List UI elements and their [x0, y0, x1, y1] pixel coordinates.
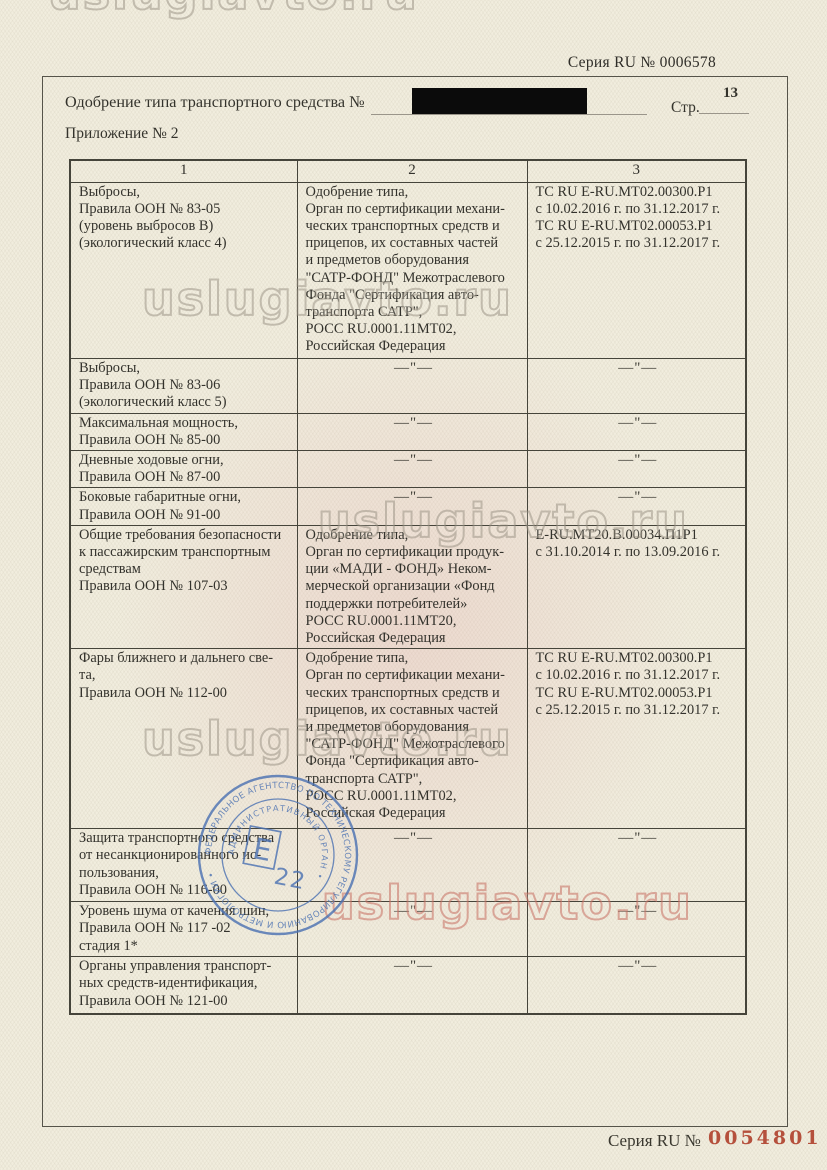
- table-row: Фары ближнего и дальнего све- та, Правил…: [70, 649, 746, 829]
- cell-certificate: ТС RU E-RU.MT02.00300.P1 с 10.02.2016 г.…: [527, 649, 746, 829]
- cell-ditto: —"—: [297, 413, 527, 450]
- series-number-top: Серия RU № 0006578: [0, 54, 716, 72]
- cell-certificate: ТС RU E-RU.MT02.00300.P1 с 10.02.2016 г.…: [527, 182, 746, 358]
- cell-ditto: —"—: [527, 829, 746, 902]
- cell-ditto: —"—: [297, 450, 527, 487]
- page-number-underline: [699, 113, 749, 114]
- cell-regulation: Выбросы, Правила ООН № 83-05 (уровень вы…: [70, 182, 297, 358]
- table-row: Боковые габаритные огни, Правила ООН № 9…: [70, 488, 746, 525]
- series-bottom-label: Серия RU №: [608, 1131, 701, 1151]
- cell-ditto: —"—: [297, 488, 527, 525]
- table-row: Максимальная мощность, Правила ООН № 85-…: [70, 413, 746, 450]
- cell-approval-body: Одобрение типа, Орган по сертификации ме…: [297, 182, 527, 358]
- cell-regulation: Боковые габаритные огни, Правила ООН № 9…: [70, 488, 297, 525]
- table-row: Выбросы, Правила ООН № 83-06 (экологичес…: [70, 358, 746, 413]
- stamp-inner-circle: [222, 799, 334, 911]
- cell-ditto: —"—: [527, 358, 746, 413]
- cell-certificate: E-RU.MT20.B.00034.П1Р1 с 31.10.2014 г. п…: [527, 525, 746, 648]
- cell-regulation: Дневные ходовые огни, Правила ООН № 87-0…: [70, 450, 297, 487]
- cell-regulation: Максимальная мощность, Правила ООН № 85-…: [70, 413, 297, 450]
- document-border-frame: Одобрение типа транспортного средства № …: [42, 76, 788, 1127]
- document-page: Серия RU № 0006578 uslugiavto.ru Одобрен…: [0, 0, 827, 1170]
- cell-ditto: —"—: [527, 902, 746, 957]
- table-row: Органы управления транспорт- ных средств…: [70, 957, 746, 1014]
- col-header-3: 3: [527, 160, 746, 182]
- redacted-approval-number: [412, 88, 587, 114]
- stamp-center-mark: Е 22: [239, 826, 314, 895]
- cell-regulation: Выбросы, Правила ООН № 83-06 (экологичес…: [70, 358, 297, 413]
- page-number: 13: [723, 85, 738, 102]
- col-header-2: 2: [297, 160, 527, 182]
- cell-ditto: —"—: [527, 413, 746, 450]
- cell-regulation: Органы управления транспорт- ных средств…: [70, 957, 297, 1014]
- table-row: Общие требования безопасности к пассажир…: [70, 525, 746, 648]
- table-header-row: 1 2 3: [70, 160, 746, 182]
- col-header-1: 1: [70, 160, 297, 182]
- table-row: Защита транспортного средства от несанкц…: [70, 829, 746, 902]
- appendix-label: Приложение № 2: [65, 125, 178, 143]
- table-row: Уровень шума от качения шин, Правила ООН…: [70, 902, 746, 957]
- approval-table: 1 2 3 Выбросы, Правила ООН № 83-05 (уров…: [69, 159, 747, 1015]
- table-row: Дневные ходовые огни, Правила ООН № 87-0…: [70, 450, 746, 487]
- stamp-outer-circle: [199, 776, 357, 934]
- document-title: Одобрение типа транспортного средства №: [65, 93, 365, 112]
- series-bottom-number: 0054801: [708, 1127, 822, 1149]
- cell-regulation: Общие требования безопасности к пассажир…: [70, 525, 297, 648]
- round-stamp-e22: ФЕДЕРАЛЬНОЕ АГЕНТСТВО ПО ТЕХНИЧЕСКОМУ РЕ…: [196, 773, 360, 937]
- watermark: uslugiavto.ru: [48, 0, 419, 20]
- cell-approval-body: Одобрение типа, Орган по сертификации пр…: [297, 525, 527, 648]
- cell-ditto: —"—: [527, 488, 746, 525]
- table-row: Выбросы, Правила ООН № 83-05 (уровень вы…: [70, 182, 746, 358]
- cell-ditto: —"—: [297, 957, 527, 1014]
- cell-ditto: —"—: [297, 358, 527, 413]
- cell-ditto: —"—: [527, 957, 746, 1014]
- cell-ditto: —"—: [527, 450, 746, 487]
- stamp-letter-e: Е: [250, 831, 274, 868]
- page-label: Стр.: [671, 99, 700, 117]
- title-underline: [371, 114, 647, 115]
- stamp-number-22: 22: [272, 864, 309, 896]
